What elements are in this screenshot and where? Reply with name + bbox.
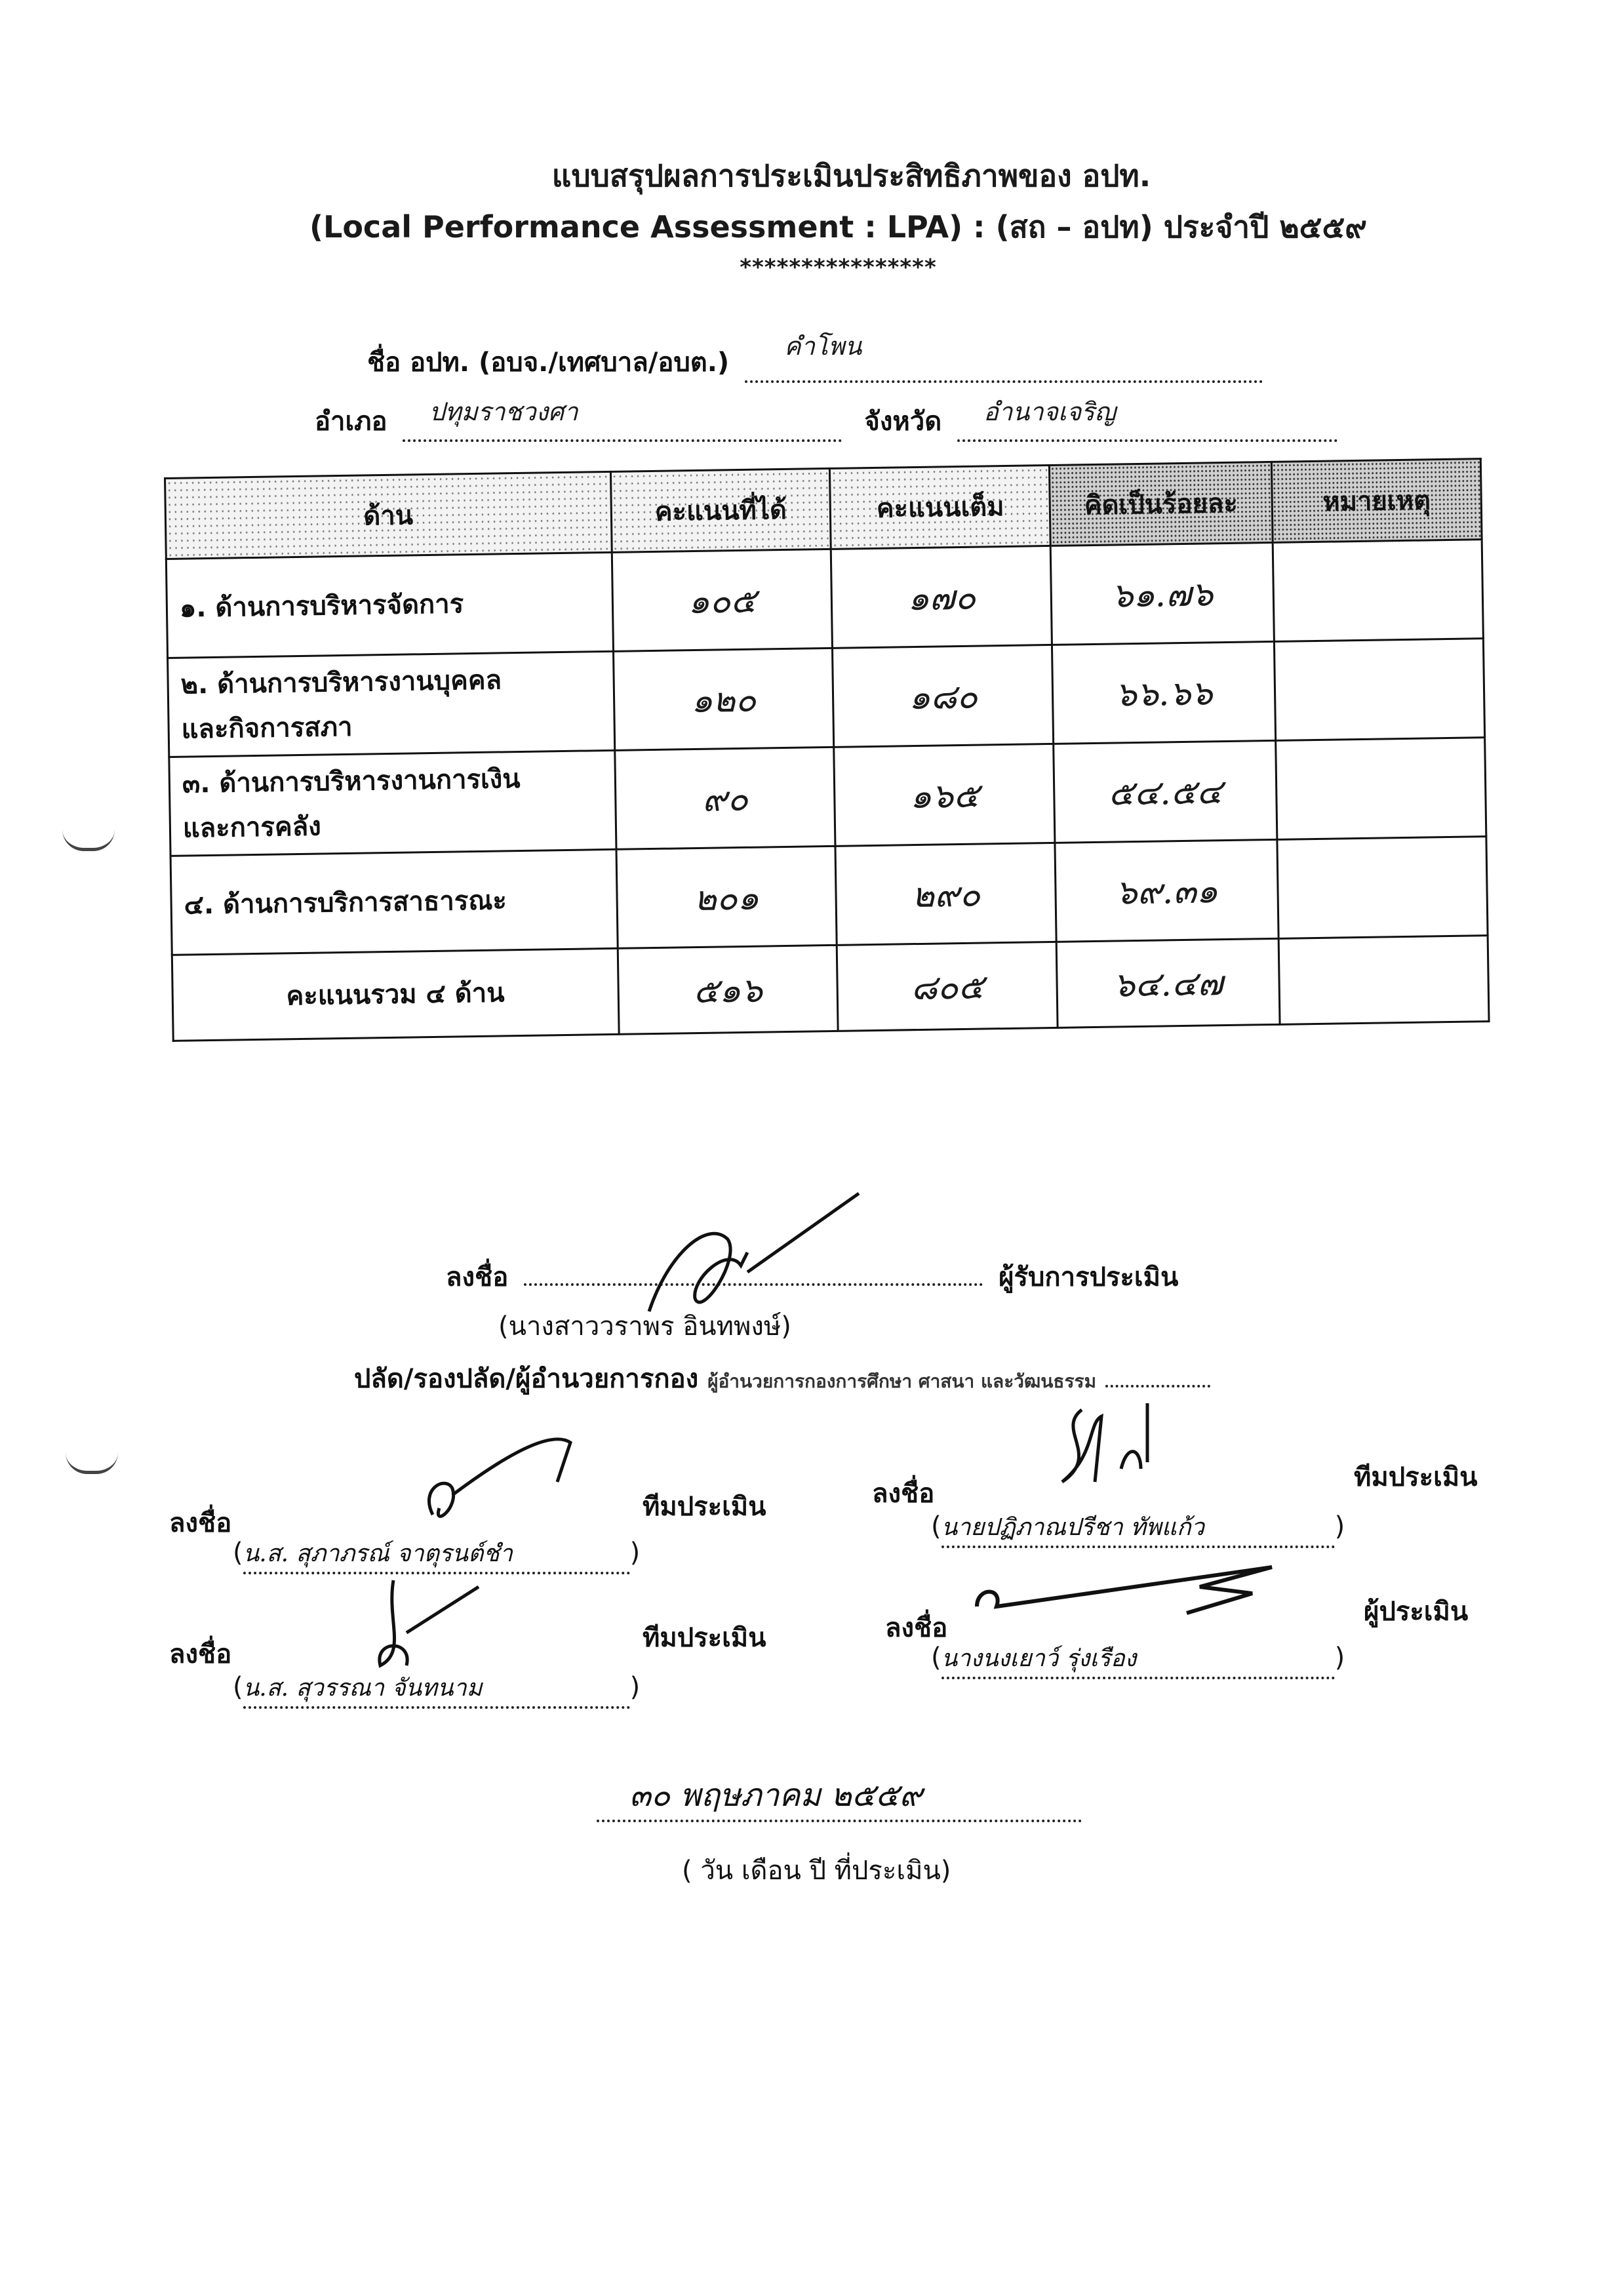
assessment-date-line: [597, 1820, 1082, 1822]
team-name-3: (น.ส. สุวรรณา จันทนาม): [233, 1669, 640, 1709]
evaluator-name: (นางนงเยาว์ รุ่งเรือง): [931, 1639, 1345, 1679]
row-label: ๔. ด้านการบริการสาธารณะ: [170, 849, 618, 955]
assessment-date-caption: ( วัน เดือน ปี ที่ประเมิน): [682, 1849, 951, 1891]
total-full-score: ๘๐๕: [837, 942, 1058, 1031]
header-full-score: คะแนนเต็ม: [830, 465, 1051, 549]
row-percent: ๕๔.๕๔: [1054, 740, 1277, 843]
assessment-date-value: ๓๐ พฤษภาคม ๒๕๕๙: [629, 1770, 922, 1820]
row-full-score: ๒๙๐: [835, 843, 1056, 945]
header-aspect: ด้าน: [165, 471, 612, 559]
evaluator-role: ผู้ประเมิน: [1364, 1590, 1468, 1632]
province-value: อำนาจเจริญ: [983, 391, 1116, 431]
row-full-score: ๑๖๕: [834, 744, 1055, 846]
team-signature-scribble-1: [406, 1416, 616, 1547]
row-score: ๒๐๑: [616, 846, 837, 948]
evaluator-signature-scribble: [964, 1561, 1305, 1639]
recipient-signature-scribble: [629, 1180, 905, 1325]
district-line: ปทุมราชวงศา: [403, 413, 842, 442]
org-name-value: คำโพน: [784, 326, 862, 366]
form-subtitle: (Local Performance Assessment : LPA) : (…: [26, 203, 1624, 251]
row-score: ๙๐: [614, 747, 835, 849]
team-sign-label-3: ลงชื่อ: [169, 1633, 231, 1675]
district-value: ปทุมราชวงศา: [429, 391, 578, 431]
score-table: ด้าน คะแนนที่ได้ คะแนนเต็ม คิดเป็นร้อยละ…: [164, 458, 1490, 1042]
province-line: อำนาจเจริญ: [957, 413, 1337, 442]
team-signature-scribble-3: [367, 1567, 525, 1685]
team-role-3: ทีมประเมิน: [643, 1616, 766, 1658]
row-note: [1273, 540, 1483, 642]
table-row: ๓. ด้านการบริหารงานการเงินและการคลัง ๙๐ …: [169, 738, 1486, 856]
row-label: ๒. ด้านการบริหารงานบุคคลและกิจการสภา: [168, 651, 615, 757]
form-title: แบบสรุปผลการประเมินประสิทธิภาพของ อปท.: [39, 152, 1624, 200]
row-label: ๓. ด้านการบริหารงานการเงินและการคลัง: [169, 750, 616, 856]
recipient-position-stamp: ผู้อำนวยการกองการศึกษา ศาสนา และวัฒนธรรม: [707, 1370, 1096, 1392]
org-name-line: คำโพน: [745, 354, 1263, 383]
row-full-score: ๑๘๐: [833, 645, 1054, 747]
scan-blemish: [62, 829, 115, 851]
total-note: [1278, 936, 1489, 1025]
team-sign-label-1: ลงชื่อ: [169, 1502, 231, 1544]
row-note: [1274, 639, 1484, 741]
org-name-field: ชื่อ อปท. (อบจ./เทศบาล/อบต.) คำโพน: [367, 341, 1263, 383]
row-percent: ๖๙.๓๑: [1055, 839, 1278, 942]
table-row: ๒. ด้านการบริหารงานบุคคลและกิจการสภา ๑๒๐…: [168, 639, 1485, 757]
row-percent: ๖๑.๗๖: [1051, 542, 1275, 645]
team-name-2: (นายปฏิภาณปรีชา ทัพแก้ว): [931, 1508, 1345, 1548]
row-percent: ๖๖.๖๖: [1052, 641, 1276, 744]
district-label: อำเภอ: [315, 407, 387, 437]
team-sign-label-2: ลงชื่อ: [872, 1472, 934, 1514]
assessment-form-page: แบบสรุปผลการประเมินประสิทธิภาพของ อปท. (…: [0, 0, 1624, 2295]
row-full-score: ๑๗๐: [831, 546, 1052, 648]
row-note: [1275, 738, 1486, 840]
recipient-sign-label: ลงชื่อ: [446, 1262, 508, 1292]
scan-blemish: [66, 1452, 118, 1474]
row-note: [1277, 837, 1488, 939]
team-role-2: ทีมประเมิน: [1354, 1456, 1477, 1498]
header-percent: คิดเป็นร้อยละ: [1050, 462, 1273, 546]
recipient-position-label: ปลัด/รองปลัด/ผู้อำนวยการกอง: [354, 1364, 698, 1394]
district-field: อำเภอ ปทุมราชวงศา จังหวัด อำนาจเจริญ: [315, 400, 1337, 442]
recipient-role: ผู้รับการประเมิน: [999, 1262, 1178, 1292]
row-score: ๑๐๕: [612, 549, 833, 651]
row-label: ๑. ด้านการบริหารจัดการ: [166, 552, 613, 658]
total-score: ๕๑๖: [618, 945, 839, 1034]
team-signature-scribble-2: [1042, 1390, 1187, 1508]
recipient-name: (นางสาววราพร อินทพงษ์): [498, 1305, 791, 1347]
table-row: ๑. ด้านการบริหารจัดการ ๑๐๕ ๑๗๐ ๖๑.๗๖: [166, 540, 1483, 658]
province-label: จังหวัด: [864, 407, 941, 437]
header-note: หมายเหตุ: [1271, 459, 1482, 543]
title-separator: ****************: [26, 254, 1624, 281]
header-score: คะแนนที่ได้: [610, 468, 831, 552]
total-label: คะแนนรวม ๔ ด้าน: [172, 948, 618, 1041]
org-name-label: ชื่อ อปท. (อบจ./เทศบาล/อบต.): [367, 348, 729, 378]
row-score: ๑๒๐: [613, 648, 834, 750]
total-percent: ๖๔.๔๗: [1056, 938, 1279, 1028]
table-row: ๔. ด้านการบริการสาธารณะ ๒๐๑ ๒๙๐ ๖๙.๓๑: [170, 837, 1488, 955]
team-role-1: ทีมประเมิน: [643, 1485, 766, 1527]
